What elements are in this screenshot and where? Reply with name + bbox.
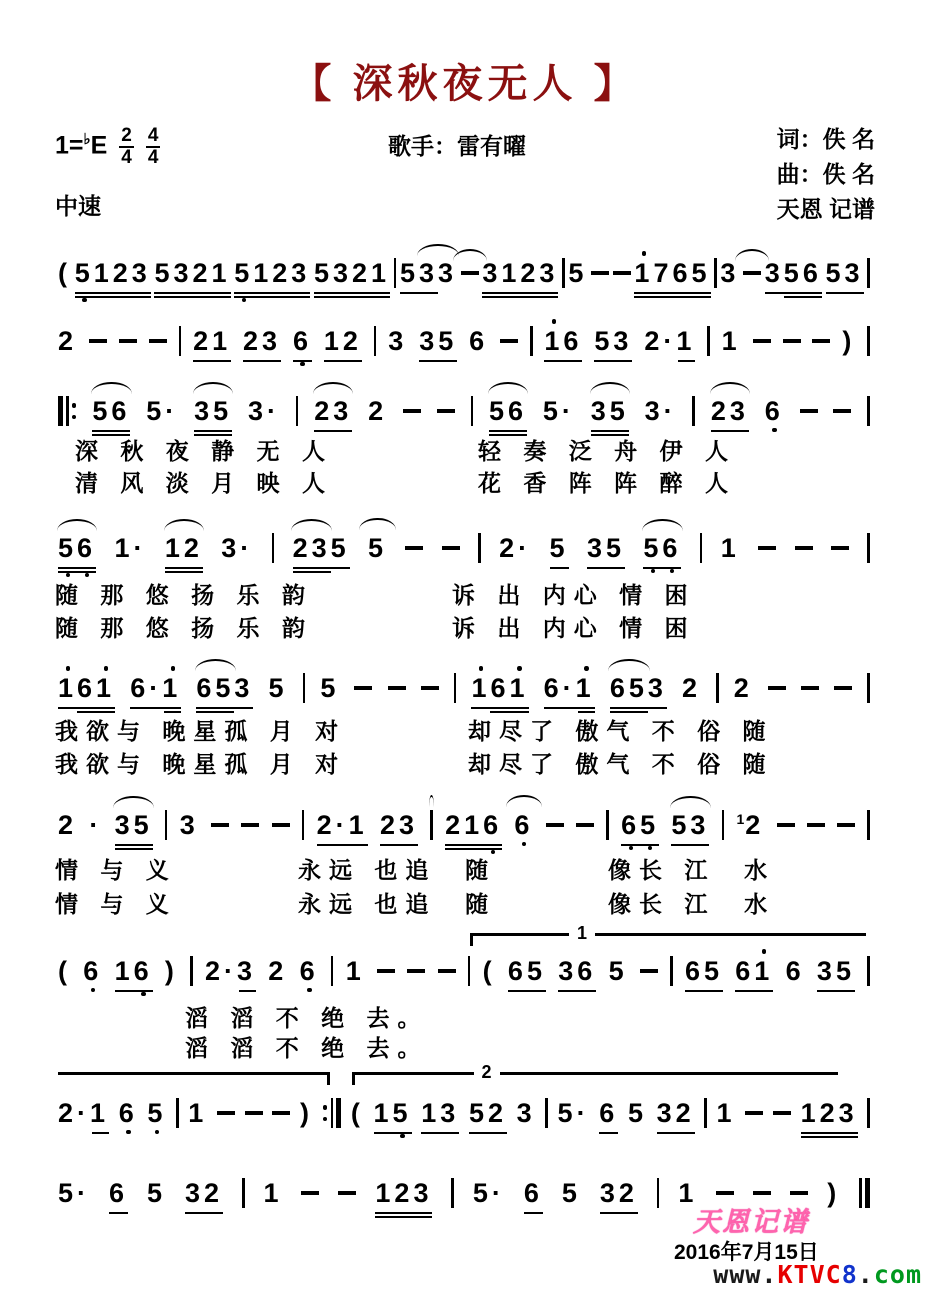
note-digits: 5· — [473, 1178, 505, 1208]
sheet-page: 【 深秋夜无人 】 1=♭E2444 歌手：雷有曜 词：佚 名 曲：佚 名 天恩… — [0, 0, 930, 1300]
beam-underline — [58, 707, 115, 710]
slur-arc — [91, 382, 131, 394]
barline-thin — [867, 956, 870, 986]
beam-underline — [599, 1132, 618, 1135]
beam-underline — [115, 844, 153, 847]
note-digits: 1 — [722, 326, 741, 356]
dash-token — [354, 679, 372, 697]
dash-bar — [773, 1111, 791, 1115]
beam-underline — [826, 292, 864, 295]
dash-token — [149, 332, 167, 350]
note-token: 1765 — [634, 258, 710, 288]
dash-token — [211, 816, 229, 834]
slur-arc — [164, 519, 204, 531]
barline — [242, 1178, 245, 1208]
dash-token — [338, 1184, 356, 1202]
note-token: 2 — [268, 956, 287, 986]
dash-token — [801, 679, 819, 697]
note-token: 6·1 — [544, 673, 595, 703]
barline-thin — [478, 533, 481, 563]
site-logo[interactable]: www.KTVC8.com — [713, 1260, 922, 1289]
beam-underline — [445, 844, 502, 847]
barline-thin — [716, 673, 719, 703]
note-digits: 5 — [568, 258, 587, 288]
note-digits: 356 — [765, 258, 822, 288]
dash-token — [745, 1104, 763, 1122]
note-token: 5 — [628, 1098, 647, 1128]
note-digits: 3· — [645, 396, 677, 426]
barline-thin — [867, 1098, 870, 1128]
note-token: 56 — [92, 396, 130, 426]
barline-thick — [865, 1178, 870, 1208]
dash-token — [377, 962, 395, 980]
barline-thin — [714, 258, 717, 288]
dash-token — [272, 816, 290, 834]
note-token: 5 — [147, 1178, 166, 1208]
dash-bar — [388, 686, 406, 690]
dash-bar — [437, 409, 455, 413]
ts2-numerator: 4 — [146, 126, 161, 148]
note-digits: 5321 — [154, 258, 230, 288]
ts1-numerator: 2 — [119, 126, 134, 148]
barline-thin — [867, 810, 870, 840]
note-token: 5· — [58, 1178, 90, 1208]
note-token: 5 — [269, 673, 288, 703]
note-digits: 65 — [685, 956, 723, 986]
repeat-dots-icon — [323, 1102, 328, 1124]
dash-token — [833, 402, 851, 420]
dash-token — [753, 332, 771, 350]
dash-bar — [812, 339, 830, 343]
dash-bar — [800, 409, 818, 413]
note-digits: 6 — [524, 1178, 543, 1208]
note-digits: 3· — [248, 396, 280, 426]
octave-dot-below — [651, 569, 656, 574]
time-signature-1: 24 — [119, 126, 134, 168]
slur-arc — [195, 659, 236, 671]
note-token: 6 — [83, 956, 102, 986]
lyric-segment: 像长 江 水 — [608, 852, 775, 885]
dash-token — [773, 1104, 791, 1122]
dot-token: · — [89, 810, 102, 840]
dash-token — [272, 1104, 290, 1122]
dash-token — [576, 816, 594, 834]
note-digits: 2·1 — [317, 810, 368, 840]
dash-token — [546, 816, 564, 834]
dash-bar — [338, 1191, 356, 1195]
note-token: 3· — [221, 533, 253, 563]
dash-bar — [354, 686, 372, 690]
lyric-segment: 滔 滔 不 绝 去。 — [185, 1030, 429, 1063]
note-token: 6 — [109, 1178, 128, 1208]
note-digits: 2 — [268, 956, 287, 986]
note-digits: 2 — [58, 810, 77, 840]
note-digits: 1 — [717, 1098, 736, 1128]
dash-bar — [500, 339, 518, 343]
barline-thin — [704, 1098, 707, 1128]
note-token: 16 — [115, 956, 153, 986]
barline — [722, 810, 725, 840]
dash-token — [500, 332, 518, 350]
site-logo-part: com — [874, 1260, 922, 1289]
octave-dot-above — [517, 666, 522, 671]
dash-token — [407, 962, 425, 980]
key-prefix: 1= — [55, 132, 84, 160]
dash-token — [777, 816, 795, 834]
barline — [296, 396, 299, 426]
barline — [272, 533, 275, 563]
note-digits: 5123 — [234, 258, 310, 288]
note-token: 2 — [682, 673, 701, 703]
octave-dot-above — [642, 251, 647, 256]
note-token: 216 — [445, 810, 502, 840]
beam-underline — [317, 844, 368, 847]
note-token: 35 — [591, 396, 629, 426]
note-token: 6 — [786, 956, 805, 986]
note-token: 65 — [685, 956, 723, 986]
barline-thin — [545, 1098, 548, 1128]
beam-underline — [678, 360, 695, 363]
barline-thin — [242, 1178, 245, 1208]
note-digits: ( — [483, 956, 496, 986]
note-token: 5123 — [75, 258, 151, 288]
dash-bar — [783, 339, 801, 343]
lyric-segment: 轻 奏 泛 舟 伊 人 — [478, 433, 736, 466]
paren-token: ( — [58, 258, 71, 288]
barline-thin — [179, 326, 182, 356]
note-token: 2·1 — [317, 810, 368, 840]
barline-thin — [530, 326, 533, 356]
note-token: 533 — [400, 258, 457, 288]
barline-thin — [331, 956, 334, 986]
beam-underline — [375, 1216, 432, 1219]
note-token: 2· — [499, 533, 531, 563]
note-token: 3 — [720, 258, 739, 288]
note-digits: 216 — [445, 810, 502, 840]
note-digits: 12 — [324, 326, 362, 356]
note-digits: 23 — [314, 396, 352, 426]
barline — [478, 533, 481, 563]
note-token: 6 — [514, 810, 533, 840]
dash-bar — [777, 823, 795, 827]
note-token: 123 — [801, 1098, 858, 1128]
note-token: 35 — [115, 810, 153, 840]
beam-underline — [550, 567, 569, 570]
beam-underline — [293, 571, 331, 574]
note-digits: 3 — [180, 810, 199, 840]
octave-dot-above — [584, 666, 589, 671]
barline-thin — [272, 533, 275, 563]
note-digits: 32 — [185, 1178, 223, 1208]
beam-underline — [558, 990, 596, 993]
barline — [670, 956, 673, 986]
beam-underline — [591, 430, 629, 433]
beam-underline — [115, 848, 153, 851]
note-token: 5 — [550, 533, 569, 563]
key-tonic: E — [91, 132, 108, 160]
dash-token — [119, 332, 137, 350]
dash-bar — [301, 1191, 319, 1195]
note-token: 6 — [765, 396, 784, 426]
dash-bar — [421, 686, 439, 690]
note-digits: 5· — [558, 1098, 590, 1128]
music-line: 2·3532·1232166655312 — [58, 808, 870, 842]
barline-thin — [707, 326, 710, 356]
lyric-segment: 滔 滔 不 绝 去。 — [185, 1000, 429, 1033]
barline-thin — [606, 810, 609, 840]
dash-bar — [833, 409, 851, 413]
octave-dot-below — [242, 298, 247, 303]
note-token: 65 — [508, 956, 546, 986]
note-digits: ) — [300, 1098, 313, 1128]
octave-dot-below — [629, 846, 634, 851]
dash-token — [613, 264, 631, 282]
note-token: 32 — [600, 1178, 638, 1208]
note-digits: 6 — [765, 396, 784, 426]
slur-arc — [113, 796, 153, 808]
octave-dot-below — [772, 428, 777, 433]
note-token: 61 — [735, 956, 773, 986]
barline — [190, 956, 193, 986]
barline-thin — [303, 673, 306, 703]
note-digits: 5 — [562, 1178, 581, 1208]
dash-token — [640, 962, 658, 980]
barline — [176, 1098, 179, 1128]
barline — [707, 326, 710, 356]
beam-underline — [508, 990, 546, 993]
barline — [303, 673, 306, 703]
barline-thin — [296, 396, 299, 426]
ts2-denominator: 4 — [148, 148, 159, 168]
singer-credit: 歌手：雷有曜 — [388, 128, 526, 161]
note-token: 56 — [58, 533, 96, 563]
dash-bar — [461, 271, 479, 275]
note-token: 5 — [609, 956, 628, 986]
beam-underline — [587, 567, 625, 570]
repeat-begin-barline — [58, 396, 77, 426]
dash-token — [716, 1184, 734, 1202]
note-token: 5 — [320, 673, 339, 703]
beam-underline — [375, 1212, 432, 1215]
beam-underline — [243, 360, 281, 363]
note-digits: 3123 — [482, 258, 558, 288]
note-digits: 5 — [147, 1098, 166, 1128]
note-digits: ( — [58, 956, 71, 986]
note-token: 1 — [678, 1178, 697, 1208]
music-line: 5·653211235·65321) — [58, 1176, 870, 1210]
barline — [867, 956, 870, 986]
note-token: 12 — [165, 533, 203, 563]
note-token: 2 — [734, 673, 753, 703]
note-digits: 32 — [657, 1098, 695, 1128]
paren-token: ) — [842, 326, 855, 356]
lyric-segment: 深 秋 夜 静 无 人 — [75, 433, 333, 466]
barline-thin — [165, 810, 168, 840]
barline-thin — [867, 326, 870, 356]
note-digits: 5 — [320, 673, 339, 703]
beam-underline — [196, 707, 253, 710]
note-digits: 35 — [115, 810, 153, 840]
barline-thin — [867, 533, 870, 563]
lyric-segment: 永远 也追 随 — [298, 886, 496, 919]
note-digits: 5123 — [75, 258, 151, 288]
note-token: 65 — [621, 810, 659, 840]
lyric-segment: 随 那 悠 扬 乐 韵 — [55, 610, 313, 643]
tie-arc — [506, 795, 542, 807]
note-digits: 36 — [558, 956, 596, 986]
barline — [331, 956, 334, 986]
dash-token — [421, 679, 439, 697]
barline-thin — [700, 533, 703, 563]
beam-underline — [92, 430, 130, 433]
barline-thin — [176, 1098, 179, 1128]
lyric-segment: 情 与 义 — [55, 886, 177, 919]
final-barline — [859, 1178, 870, 1208]
dash-token — [812, 332, 830, 350]
note-token: 123 — [375, 1178, 432, 1208]
note-digits: 15 — [374, 1098, 412, 1128]
note-token: 52 — [469, 1098, 507, 1128]
barline — [692, 396, 695, 426]
barline-thick — [336, 1098, 341, 1128]
note-digits: · — [89, 810, 102, 840]
note-digits: 6 — [599, 1098, 618, 1128]
barline — [867, 258, 870, 288]
note-digits: 35 — [419, 326, 457, 356]
note-digits: 5 — [269, 673, 288, 703]
tempo-marking: 中速 — [55, 188, 101, 221]
dash-token — [89, 332, 107, 350]
dash-bar — [576, 823, 594, 827]
octave-dot-below — [155, 1130, 160, 1135]
note-token: 5 — [147, 1098, 166, 1128]
dash-bar — [149, 339, 167, 343]
paren-token: ( — [483, 956, 496, 986]
note-digits: 3 — [720, 258, 739, 288]
barline-thin — [670, 956, 673, 986]
beam-underline — [400, 292, 438, 295]
dash-bar — [217, 1111, 235, 1115]
barline — [451, 1178, 454, 1208]
music-line: 565·353·232565·353·236 — [58, 394, 870, 428]
barline — [867, 810, 870, 840]
dash-token — [438, 962, 456, 980]
note-digits: 5· — [58, 1178, 90, 1208]
barline-thin — [190, 956, 193, 986]
barline — [716, 673, 719, 703]
octave-dot-above — [66, 666, 71, 671]
lyric-segment: 诉 出 内心 情 困 — [452, 577, 696, 610]
beam-underline — [380, 844, 418, 847]
note-token: 3123 — [482, 258, 558, 288]
music-line: (5123532151235321533312351765335653 — [58, 256, 870, 290]
note-digits: 53 — [594, 326, 632, 356]
note-digits: 16 — [544, 326, 582, 356]
paren-token: ) — [165, 956, 178, 986]
music-line: 1616·1653551616·165322 — [58, 671, 870, 705]
dash-token — [807, 816, 825, 834]
beam-underline — [544, 707, 595, 710]
note-digits: 6 — [786, 956, 805, 986]
note-digits: 5 — [609, 956, 628, 986]
lyric-segment: 却尽了 傲气 不 俗 随 — [468, 746, 774, 779]
slur-arc — [291, 519, 332, 531]
dash-token — [388, 679, 406, 697]
octave-dot-below — [141, 992, 146, 997]
music-line: (616)2·3261(653656561635 — [58, 954, 870, 988]
barline-thin — [722, 810, 725, 840]
barline-thin — [394, 258, 397, 288]
dash-bar — [272, 1111, 290, 1115]
beam-underline — [621, 844, 659, 847]
dash-token — [837, 816, 855, 834]
barline-thin — [374, 326, 377, 356]
credit-lyricist: 词：佚 名 — [777, 122, 875, 157]
note-token: 653 — [196, 673, 253, 703]
note-digits: 2·1 — [58, 1098, 109, 1128]
lyric-segment: 随 那 悠 扬 乐 韵 — [55, 577, 313, 610]
dash-bar — [546, 823, 564, 827]
note-digits: 6 — [83, 956, 102, 986]
dash-bar — [801, 686, 819, 690]
dash-token — [800, 402, 818, 420]
beam-underline — [293, 567, 350, 570]
barline-thin — [562, 258, 565, 288]
note-token: 2·1 — [644, 326, 695, 356]
barline — [430, 810, 433, 840]
barline-thin — [471, 396, 474, 426]
note-token: 1 — [188, 1098, 207, 1128]
dash-token — [301, 1184, 319, 1202]
note-token: 35 — [419, 326, 457, 356]
note-digits: 61 — [735, 956, 773, 986]
beam-underline — [469, 1132, 507, 1135]
dash-bar — [405, 546, 423, 550]
lyric-segment: 花 香 阵 阵 醉 人 — [478, 465, 736, 498]
note-token: 1 — [263, 1178, 282, 1208]
note-token: 2 — [368, 396, 387, 426]
note-token: 6 — [119, 1098, 138, 1128]
dash-token — [217, 1104, 235, 1122]
dash-bar — [831, 546, 849, 550]
note-token: 32 — [657, 1098, 695, 1128]
beam-underline — [185, 1212, 223, 1215]
beam-underline — [314, 292, 390, 295]
slur-arc — [590, 382, 630, 394]
note-digits: 52 — [469, 1098, 507, 1128]
octave-dot-above — [762, 949, 767, 954]
beam-underline — [643, 567, 681, 570]
note-digits: 23 — [243, 326, 281, 356]
bracket-tick — [327, 1075, 330, 1085]
dash-bar — [211, 823, 229, 827]
beam-underline — [314, 296, 390, 299]
note-token: 32 — [185, 1178, 223, 1208]
octave-dot-above — [171, 666, 176, 671]
dash-bar — [89, 339, 107, 343]
note-token: 35 — [817, 956, 855, 986]
barline — [454, 673, 457, 703]
beam-underline — [58, 571, 96, 574]
dash-bar — [438, 969, 456, 973]
barline — [302, 810, 305, 840]
dash-bar — [758, 546, 776, 550]
note-digits: 12 — [165, 533, 203, 563]
beam-underline — [115, 990, 153, 993]
note-token: 53 — [826, 258, 864, 288]
beam-underline — [154, 292, 230, 295]
paren-token: ) — [300, 1098, 313, 1128]
